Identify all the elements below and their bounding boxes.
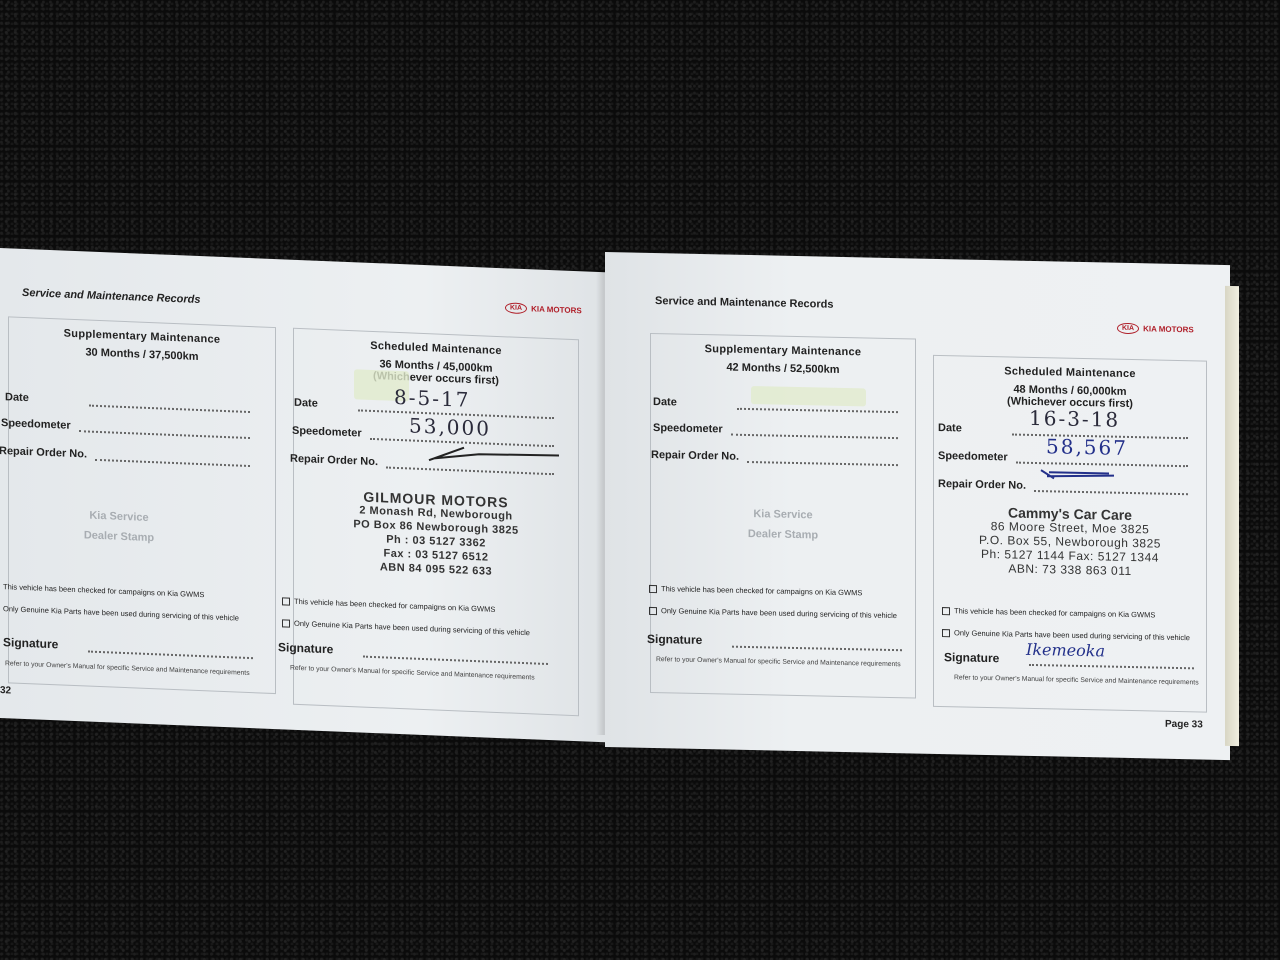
signature-field[interactable]: Signature	[647, 632, 902, 651]
handwritten-signature: Ikemeoka	[1026, 640, 1105, 661]
record-type: Scheduled Maintenance	[934, 364, 1206, 382]
left-page: Service and Maintenance Records KIA KIA …	[0, 248, 605, 742]
record-type: Supplementary Maintenance	[651, 342, 915, 360]
record-48-months: Scheduled Maintenance 48 Months / 60,000…	[933, 355, 1207, 713]
campaign-checkbox[interactable]: This vehicle has been checked for campai…	[942, 606, 1155, 619]
record-42-months: Supplementary Maintenance 42 Months / 52…	[650, 333, 916, 699]
handwritten-speedometer: 58,567	[1046, 434, 1128, 460]
genuine-parts-checkbox[interactable]: Only Genuine Kia Parts have been used du…	[282, 618, 530, 637]
repair-order-field[interactable]: Repair Order No.	[651, 449, 898, 466]
refer-note: Refer to your Owner's Manual for specifi…	[5, 660, 250, 677]
handwritten-date: 16-3-18	[1029, 406, 1120, 432]
repair-order-field[interactable]: Repair Order No.	[0, 445, 250, 467]
date-field[interactable]: Date	[5, 391, 250, 413]
refer-note: Refer to your Owner's Manual for specifi…	[656, 656, 901, 668]
brand-name: KIA MOTORS	[1143, 324, 1194, 334]
right-page: Service and Maintenance Records KIA KIA …	[605, 252, 1230, 760]
speedometer-field[interactable]: Speedometer	[653, 422, 898, 439]
dealer-stamp: Cammy's Car Care 86 Moore Street, Moe 38…	[934, 504, 1206, 580]
signature-field[interactable]: Signature	[278, 640, 548, 665]
dealer-stamp-placeholder: Kia ServiceDealer Stamp	[59, 504, 179, 549]
handwritten-date: 8-5-17	[394, 385, 470, 412]
dealer-stamp: GILMOUR MOTORS 2 Monash Rd, Newborough P…	[294, 487, 578, 582]
kia-oval-icon: KIA	[1117, 323, 1139, 334]
refer-note: Refer to your Owner's Manual for specifi…	[290, 665, 535, 682]
kia-logo: KIA KIA MOTORS	[1117, 323, 1194, 336]
record-36-months: Scheduled Maintenance 36 Months / 45,000…	[293, 328, 579, 716]
record-30-months: Supplementary Maintenance 30 Months / 37…	[8, 316, 276, 694]
kia-logo: KIA KIA MOTORS	[505, 302, 582, 316]
kia-oval-icon: KIA	[505, 302, 527, 314]
record-interval: 30 Months / 37,500km	[9, 343, 275, 366]
signature-field[interactable]: Signature	[3, 635, 253, 659]
campaign-checkbox[interactable]: This vehicle has been checked for campai…	[3, 582, 204, 599]
refer-note: Refer to your Owner's Manual for specifi…	[954, 674, 1199, 686]
dealer-stamp-placeholder: Kia ServiceDealer Stamp	[723, 503, 843, 546]
handwritten-speedometer: 53,000	[409, 413, 491, 440]
brand-name: KIA MOTORS	[531, 304, 582, 315]
genuine-parts-checkbox[interactable]: Only Genuine Kia Parts have been used du…	[3, 604, 239, 622]
speedometer-field[interactable]: Speedometer	[1, 417, 250, 439]
scribble-icon	[1039, 466, 1119, 484]
page-header: Service and Maintenance Records	[655, 295, 834, 311]
genuine-parts-checkbox[interactable]: Only Genuine Kia Parts have been used du…	[649, 606, 897, 620]
page-edges	[1225, 286, 1239, 746]
page-number: Page 33	[1165, 719, 1203, 731]
record-interval: 42 Months / 52,500km	[651, 360, 915, 378]
page-number: 32	[0, 685, 11, 696]
campaign-checkbox[interactable]: This vehicle has been checked for campai…	[649, 584, 862, 597]
page-header: Service and Maintenance Records	[22, 287, 201, 306]
campaign-checkbox[interactable]: This vehicle has been checked for campai…	[282, 596, 495, 614]
